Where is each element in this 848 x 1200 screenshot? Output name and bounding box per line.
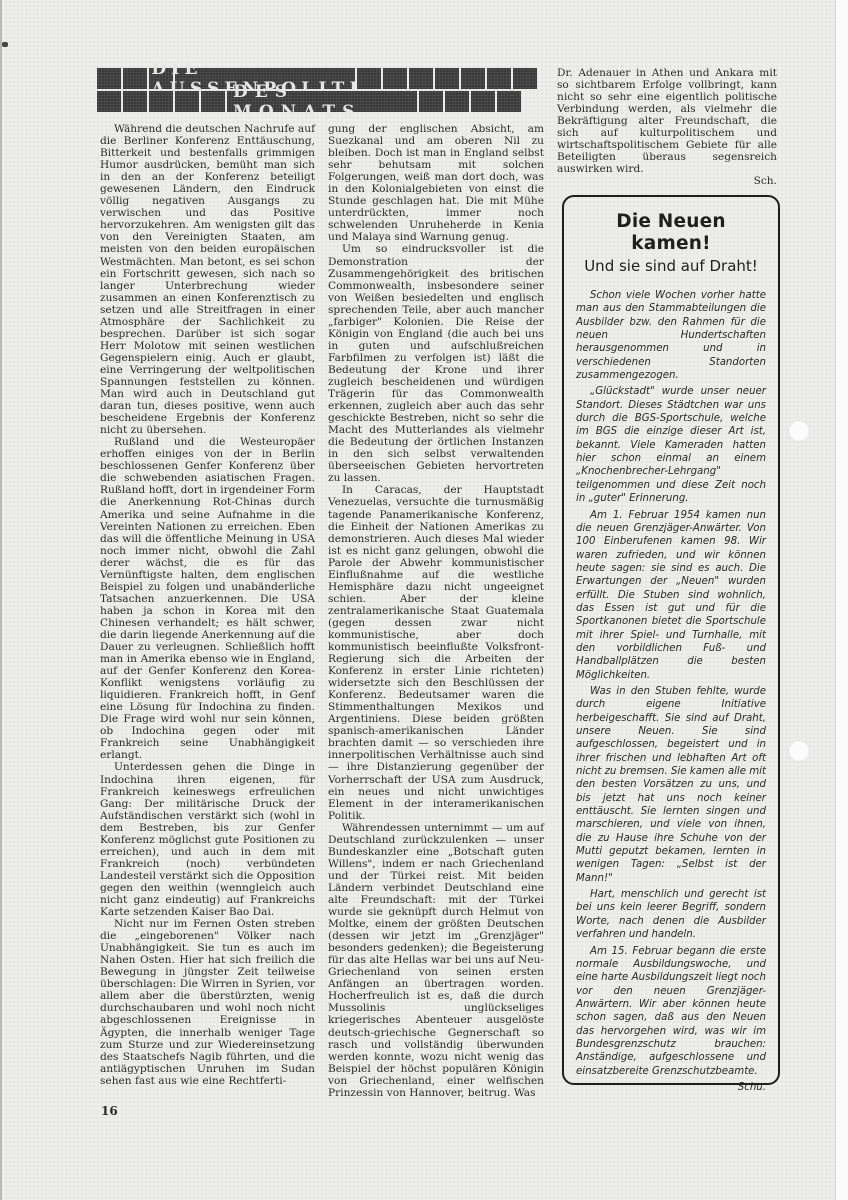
punch-hole: [788, 740, 810, 762]
paragraph: Um so eindrucksvoller ist die Demonstrat…: [328, 243, 544, 484]
magazine-page: DIE AUSSENPOLITIK DES MONATS Während die…: [0, 0, 835, 1200]
boxed-article-signature: Schu.: [576, 1082, 766, 1093]
page-number: 16: [101, 1104, 118, 1118]
paragraph: Nicht nur im Fernen Osten streben die „e…: [100, 918, 315, 1087]
boxed-article: Die Neuen kamen! Und sie sind auf Draht!…: [562, 195, 780, 1085]
paragraph: Hart, menschlich und gerecht ist bei uns…: [576, 888, 766, 941]
paragraph: Während die deutschen Nachrufe auf die B…: [100, 123, 315, 436]
article-title-banner: DIE AUSSENPOLITIK DES MONATS: [97, 68, 539, 114]
title-line-2: DES MONATS: [227, 91, 417, 112]
author-signature: Sch.: [557, 175, 777, 187]
paragraph: Währendessen unternimmt — um auf Deutsch…: [328, 822, 544, 1099]
title-row-2: DES MONATS: [97, 91, 539, 112]
paragraph: Am 15. Februar begann die erste normale …: [576, 945, 766, 1078]
boxed-article-body: Schon viele Wochen vorher hatte man aus …: [576, 289, 766, 1078]
punch-hole: [788, 420, 810, 442]
boxed-article-title: Die Neuen kamen!: [576, 211, 766, 255]
article-column-2: gung der englischen Absicht, am Suezkana…: [328, 123, 544, 1099]
paragraph: „Glückstadt" wurde unser neuer Standort.…: [576, 385, 766, 505]
paragraph: Was in den Stuben fehlte, wurde durch ei…: [576, 685, 766, 885]
paragraph: gung der englischen Absicht, am Suezkana…: [328, 123, 544, 243]
article-column-3: Dr. Adenauer in Athen und Ankara mit so …: [557, 67, 777, 187]
paragraph: Unterdessen gehen die Dinge in Indochina…: [100, 761, 315, 918]
scan-artifact: [2, 42, 8, 47]
scan-right-margin: [835, 0, 848, 1200]
paragraph: Rußland und die Westeuropäer erhoffen ei…: [100, 436, 315, 761]
paragraph: Am 1. Februar 1954 kamen nun die neuen G…: [576, 509, 766, 682]
paragraph: Schon viele Wochen vorher hatte man aus …: [576, 289, 766, 382]
scan-edge: [0, 0, 2, 1200]
paragraph: In Caracas, der Hauptstadt Venezuelas, v…: [328, 484, 544, 821]
article-column-1: Während die deutschen Nachrufe auf die B…: [100, 123, 315, 1087]
boxed-article-subtitle: Und sie sind auf Draht!: [576, 255, 766, 277]
paragraph: Dr. Adenauer in Athen und Ankara mit so …: [557, 67, 777, 175]
